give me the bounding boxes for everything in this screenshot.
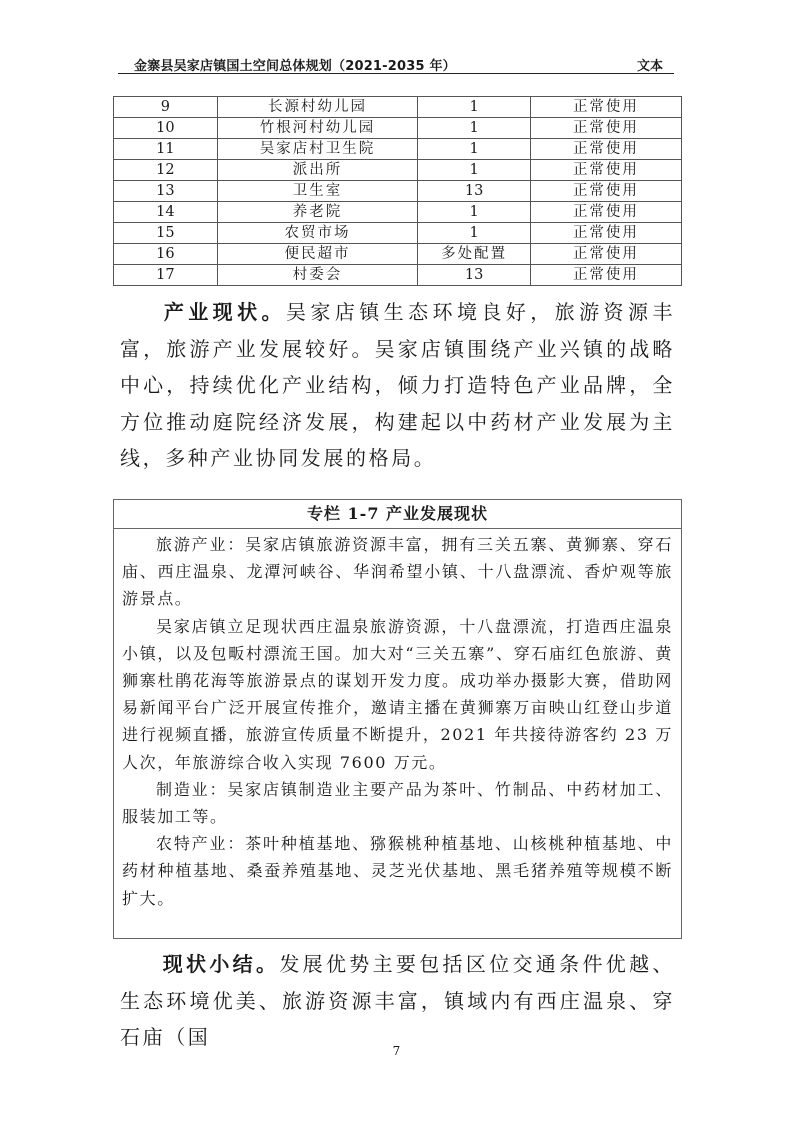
facility-count: 1 bbox=[418, 139, 530, 160]
table-row: 11 吴家店村卫生院 1 正常使用 bbox=[114, 139, 682, 160]
facility-status: 正常使用 bbox=[530, 160, 681, 181]
row-number: 12 bbox=[114, 160, 218, 181]
table-row: 9 长源村幼儿园 1 正常使用 bbox=[114, 97, 682, 118]
facility-count: 1 bbox=[418, 118, 530, 139]
facility-count: 1 bbox=[418, 160, 530, 181]
facility-status: 正常使用 bbox=[530, 223, 681, 244]
paragraph-lead: 产业现状。 bbox=[162, 300, 286, 324]
facilities-table: 9 长源村幼儿园 1 正常使用 10 竹根河村幼儿园 1 正常使用 11 吴家店… bbox=[113, 96, 682, 286]
row-number: 15 bbox=[114, 223, 218, 244]
facility-name: 村委会 bbox=[217, 265, 418, 286]
row-number: 11 bbox=[114, 139, 218, 160]
document-title: 金寨县吴家店镇国土空间总体规划（2021-2035 年） bbox=[134, 55, 456, 74]
paragraph-text: 吴家店镇生态环境良好，旅游资源丰富，旅游产业发展较好。吴家店镇围绕产业兴镇的战略… bbox=[120, 300, 675, 470]
row-number: 16 bbox=[114, 244, 218, 265]
column-box-title: 专栏 1-7 产业发展现状 bbox=[114, 500, 681, 529]
facility-status: 正常使用 bbox=[530, 118, 681, 139]
facility-status: 正常使用 bbox=[530, 181, 681, 202]
industry-status-paragraph: 产业现状。吴家店镇生态环境良好，旅游资源丰富，旅游产业发展较好。吴家店镇围绕产业… bbox=[120, 294, 675, 477]
facility-name: 卫生室 bbox=[217, 181, 418, 202]
column-box-body: 旅游产业：吴家店镇旅游资源丰富，拥有三关五寨、黄狮寨、穿石庙、西庄温泉、龙潭河峡… bbox=[114, 529, 681, 912]
tourism-detail-paragraph: 吴家店镇立足现状西庄温泉旅游资源，十八盘漂流，打造西庄温泉小镇，以及包畈村漂流王… bbox=[122, 613, 673, 776]
table-row: 17 村委会 13 正常使用 bbox=[114, 265, 682, 286]
facility-name: 便民超市 bbox=[217, 244, 418, 265]
facility-status: 正常使用 bbox=[530, 202, 681, 223]
facility-count: 1 bbox=[418, 223, 530, 244]
facility-count: 13 bbox=[418, 265, 530, 286]
facility-count: 1 bbox=[418, 97, 530, 118]
agriculture-paragraph: 农特产业：茶叶种植基地、猕猴桃种植基地、山核桃种植基地、中药材种植基地、桑蚕养殖… bbox=[122, 830, 673, 912]
table-row: 15 农贸市场 1 正常使用 bbox=[114, 223, 682, 244]
facility-status: 正常使用 bbox=[530, 139, 681, 160]
facility-status: 正常使用 bbox=[530, 244, 681, 265]
row-number: 17 bbox=[114, 265, 218, 286]
tourism-paragraph: 旅游产业：吴家店镇旅游资源丰富，拥有三关五寨、黄狮寨、穿石庙、西庄温泉、龙潭河峡… bbox=[122, 531, 673, 613]
facility-count: 1 bbox=[418, 202, 530, 223]
facility-count: 13 bbox=[418, 181, 530, 202]
section-label: 文本 bbox=[637, 55, 663, 74]
row-number: 13 bbox=[114, 181, 218, 202]
row-number: 10 bbox=[114, 118, 218, 139]
facility-name: 派出所 bbox=[217, 160, 418, 181]
row-number: 14 bbox=[114, 202, 218, 223]
facility-status: 正常使用 bbox=[530, 97, 681, 118]
table-row: 13 卫生室 13 正常使用 bbox=[114, 181, 682, 202]
paragraph-lead: 现状小结。 bbox=[162, 952, 279, 976]
page-header: 金寨县吴家店镇国土空间总体规划（2021-2035 年） 文本 bbox=[120, 52, 673, 74]
facility-name: 竹根河村幼儿园 bbox=[217, 118, 418, 139]
table-row: 10 竹根河村幼儿园 1 正常使用 bbox=[114, 118, 682, 139]
table-row: 14 养老院 1 正常使用 bbox=[114, 202, 682, 223]
facility-status: 正常使用 bbox=[530, 265, 681, 286]
facility-name: 养老院 bbox=[217, 202, 418, 223]
facility-name: 长源村幼儿园 bbox=[217, 97, 418, 118]
row-number: 9 bbox=[114, 97, 218, 118]
page-number: 7 bbox=[0, 1044, 793, 1058]
facility-count: 多处配置 bbox=[418, 244, 530, 265]
column-box: 专栏 1-7 产业发展现状 旅游产业：吴家店镇旅游资源丰富，拥有三关五寨、黄狮寨… bbox=[113, 499, 682, 939]
table-row: 16 便民超市 多处配置 正常使用 bbox=[114, 244, 682, 265]
facility-name: 吴家店村卫生院 bbox=[217, 139, 418, 160]
summary-paragraph: 现状小结。发展优势主要包括区位交通条件优越、生态环境优美、旅游资源丰富，镇域内有… bbox=[120, 946, 675, 1056]
table-row: 12 派出所 1 正常使用 bbox=[114, 160, 682, 181]
manufacturing-paragraph: 制造业：吴家店镇制造业主要产品为茶叶、竹制品、中药材加工、服装加工等。 bbox=[122, 776, 673, 830]
facility-name: 农贸市场 bbox=[217, 223, 418, 244]
header-divider bbox=[118, 73, 674, 74]
